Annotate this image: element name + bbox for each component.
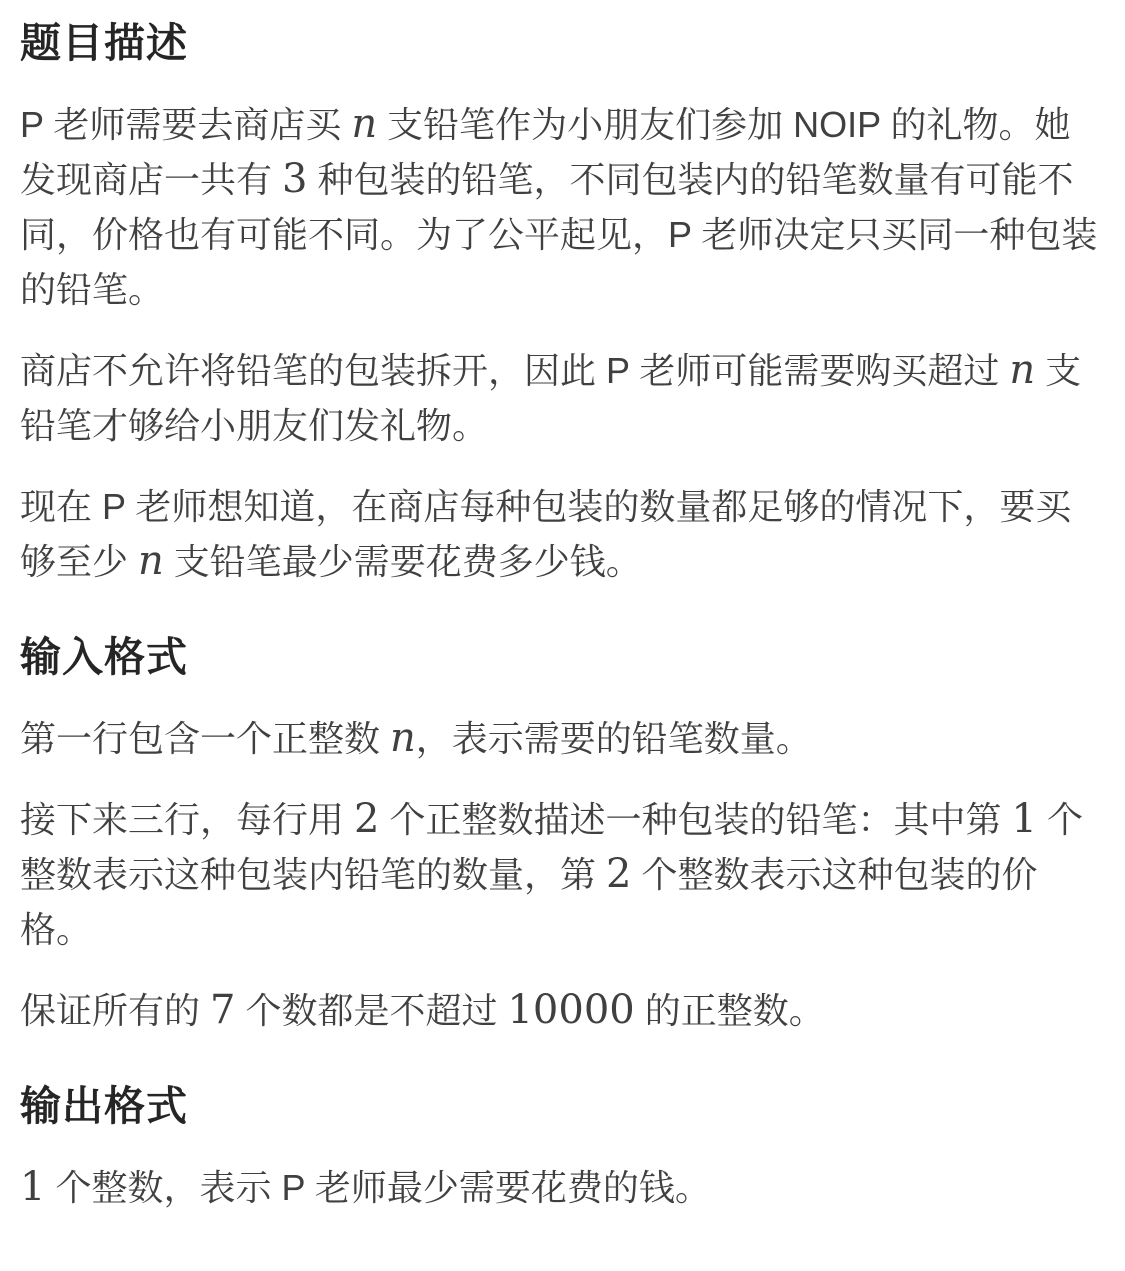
text-run: 接下来三行，每行用 — [20, 799, 354, 840]
paragraph-input-3: 保证所有的 7 个数都是不超过 10000 的正整数。 — [20, 983, 1105, 1038]
text-run: 第一行包含一个正整数 — [20, 718, 390, 759]
math-number: 1 — [20, 1164, 45, 1210]
paragraph-input-1: 第一行包含一个正整数 n，表示需要的铅笔数量。 — [20, 711, 1105, 766]
heading-input-format: 输入格式 — [20, 629, 1105, 685]
math-number: 1 — [1011, 796, 1036, 842]
text-run: 保证所有的 — [20, 990, 210, 1031]
math-number: 7 — [210, 987, 235, 1033]
text-run: ，表示需要的铅笔数量。 — [416, 718, 812, 759]
math-variable: n — [390, 715, 416, 761]
text-run: 个整数，表示 P 老师最少需要花费的钱。 — [45, 1167, 710, 1208]
paragraph-output-1: 1 个整数，表示 P 老师最少需要花费的钱。 — [20, 1160, 1105, 1215]
paragraph-input-2: 接下来三行，每行用 2 个正整数描述一种包装的铅笔：其中第 1 个整数表示这种包… — [20, 792, 1105, 957]
math-number: 3 — [282, 156, 307, 202]
heading-output-format: 输出格式 — [20, 1078, 1105, 1134]
paragraph-description-2: 商店不允许将铅笔的包装拆开，因此 P 老师可能需要购买超过 n 支铅笔才够给小朋… — [20, 343, 1105, 453]
text-run: 支铅笔最少需要花费多少钱。 — [164, 541, 642, 582]
math-number: 10000 — [507, 987, 634, 1033]
math-variable: n — [351, 101, 377, 147]
problem-statement: 题目描述 P 老师需要去商店买 n 支铅笔作为小朋友们参加 NOIP 的礼物。她… — [0, 0, 1125, 1271]
heading-problem-description: 题目描述 — [20, 15, 1105, 71]
text-run: 个数都是不超过 — [235, 990, 507, 1031]
text-run: 的正整数。 — [635, 990, 825, 1031]
paragraph-description-1: P 老师需要去商店买 n 支铅笔作为小朋友们参加 NOIP 的礼物。她发现商店一… — [20, 97, 1105, 317]
math-number: 2 — [354, 796, 379, 842]
math-variable: n — [138, 538, 164, 584]
math-number: 2 — [606, 851, 631, 897]
math-variable: n — [1009, 347, 1035, 393]
text-run: P 老师需要去商店买 — [20, 104, 351, 145]
text-run: 个正整数描述一种包装的铅笔：其中第 — [379, 799, 1011, 840]
paragraph-description-3: 现在 P 老师想知道，在商店每种包装的数量都足够的情况下，要买够至少 n 支铅笔… — [20, 479, 1105, 589]
text-run: 商店不允许将铅笔的包装拆开，因此 P 老师可能需要购买超过 — [20, 350, 1009, 391]
